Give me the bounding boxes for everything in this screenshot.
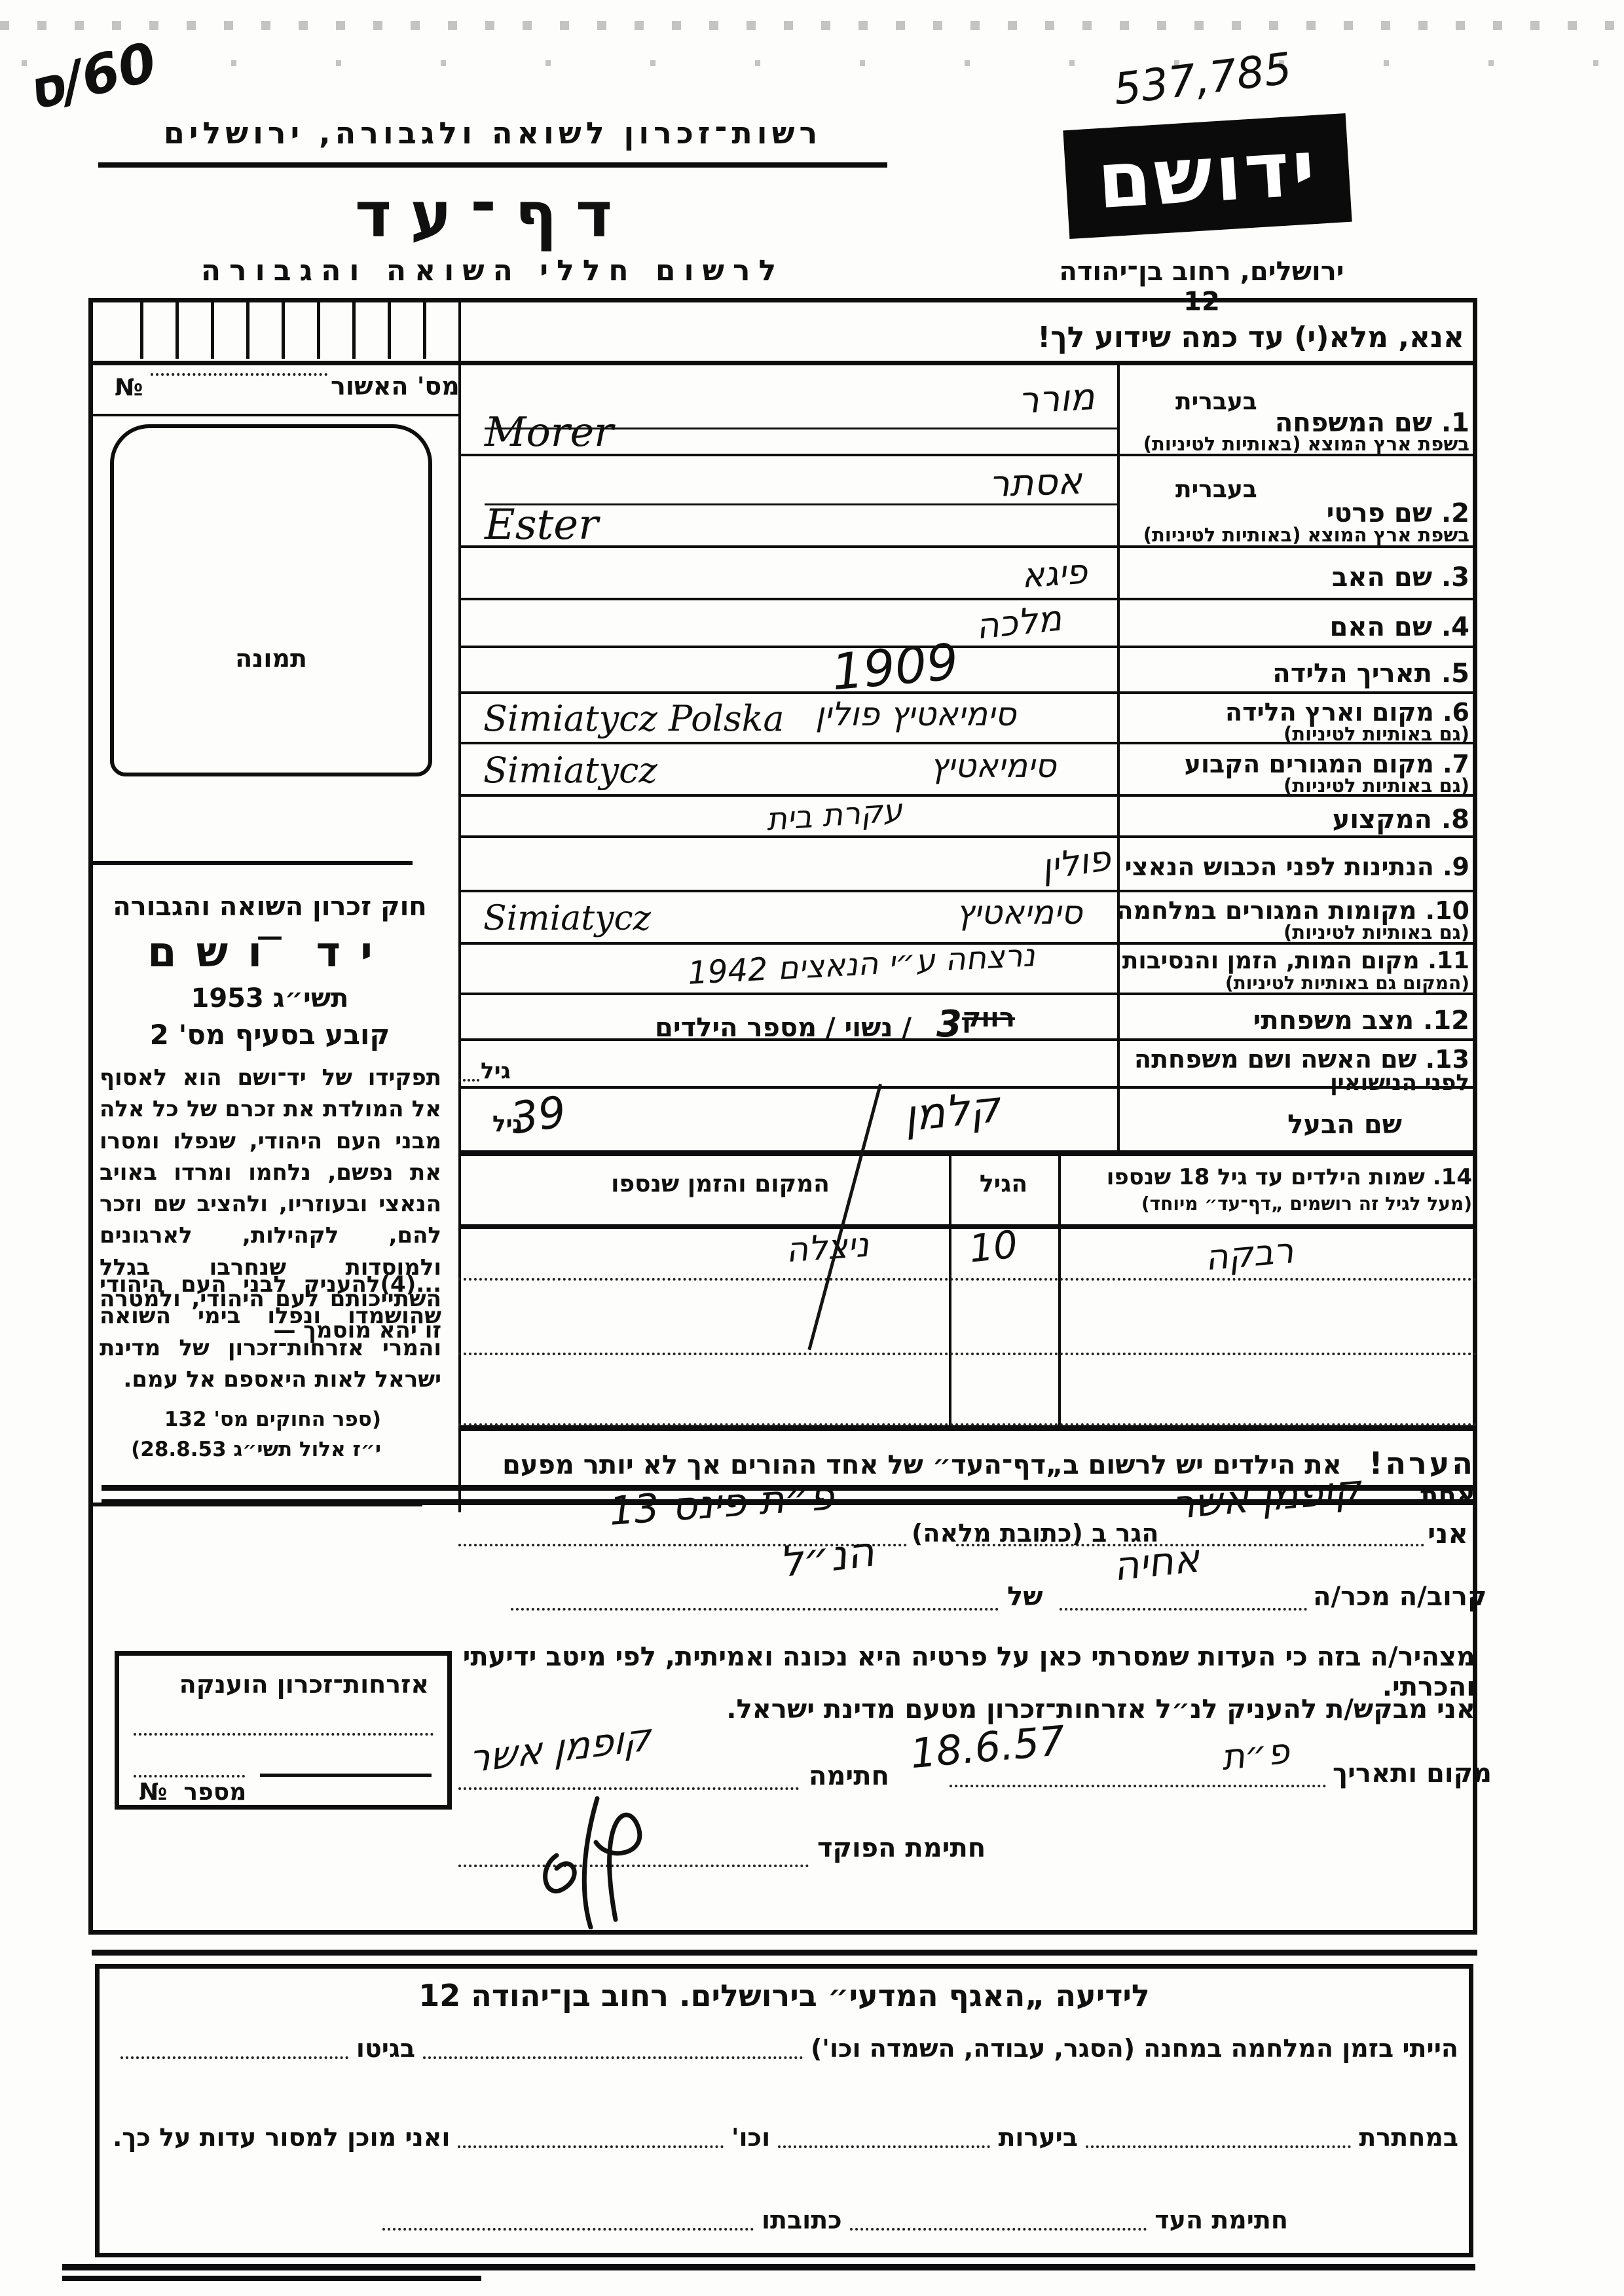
field-7-value-latin: Simiatycz — [483, 750, 657, 791]
place-value: פ״ת — [1219, 1730, 1291, 1779]
field-6-value-latin: Simiatycz Polska — [483, 698, 784, 739]
citizenship-box: אזרחות־זכרון הוענקה מספר № — [115, 1651, 452, 1810]
field-3-value: פיגא — [1020, 553, 1088, 596]
field-12-options-rest: / נשוי / מספר הילדים — [655, 1013, 912, 1043]
husband-age-value: 39 — [507, 1087, 569, 1144]
forests-dotted — [778, 2145, 990, 2148]
field-6-value-hebrew: סימיאטיץ פולין — [815, 695, 1016, 733]
law-name: יד ושם — [100, 928, 440, 977]
forests-label: ביערות — [998, 2123, 1078, 2152]
citizenship-number-label: מספר № — [139, 1779, 246, 1806]
photo-box: תמונה — [110, 424, 432, 776]
field-2-value-latin: Ester — [485, 501, 599, 549]
witness-sig-dotted — [850, 2228, 1147, 2231]
field-1-value-hebrew: מורר — [1017, 376, 1096, 422]
citizenship-dotted-2 — [134, 1775, 245, 1777]
field-11-sublabel: (המקום גם באותיות לטיניות) — [1225, 972, 1469, 994]
field-5-value: 1909 — [829, 632, 960, 702]
children-col-line-2 — [1058, 1156, 1061, 1425]
law-year: תשי״ג 1953 — [100, 983, 440, 1013]
field-9-value: פולין — [1039, 837, 1113, 888]
hebrew-label-2: בעברית — [1175, 476, 1257, 503]
field-row-3: 3. שם האב פיגא — [458, 548, 1477, 600]
page-bottom-rule-1 — [62, 2264, 1475, 2270]
form-bottom-rule — [92, 1950, 1477, 1956]
witness-address-label: כתובתו — [762, 2206, 842, 2234]
etc-label: וכו' — [731, 2123, 770, 2152]
field-row-2: בעברית 2. שם פרטי בשפת ארץ המוצא (באותיו… — [458, 456, 1477, 548]
footer-title: לידיעה „האגף המדעי״ בירושלים. רחוב בן־יה… — [100, 1978, 1469, 2013]
law-ref-line1: (ספר החוקים מס' 132 — [100, 1408, 381, 1431]
of-label: של — [1007, 1582, 1043, 1612]
field-7-sublabel: (גם באותיות לטיניות) — [1283, 774, 1469, 797]
approval-dotted-line — [151, 373, 327, 376]
children-col-age-header: הגיל — [949, 1171, 1058, 1197]
note-label: הערה! — [1369, 1446, 1475, 1481]
signature-label: חתימה — [809, 1761, 889, 1791]
husband-row: שם הבעל קלמן גיל 39 — [458, 1089, 1477, 1156]
field-7-value-hebrew: סימיאטיץ — [930, 747, 1056, 785]
clerk-signature-label: חתימת הפוקד — [817, 1833, 986, 1863]
field-10-sublabel: (גם באותיות לטיניות) — [1283, 921, 1469, 943]
children-row-dotted-2 — [458, 1353, 1477, 1355]
ghetto-dotted — [120, 2056, 348, 2059]
approval-label: מס' האשור — [331, 372, 460, 401]
clerk-signature-scribble — [517, 1789, 668, 1929]
yad-vashem-logo-text: ידושם — [1095, 122, 1320, 226]
law-section: קובע בסעיף מס' 2 — [100, 1019, 440, 1051]
footer-row-underground: במחתרת ביערות וכו' ואני מוכן למסור עדות … — [113, 2123, 1458, 2152]
underground-dotted — [1086, 2145, 1351, 2148]
footer-info-box: לידיעה „האגף המדעי״ בירושלים. רחוב בן־יה… — [95, 1964, 1473, 2257]
child-1-name: רבקה — [1204, 1230, 1295, 1279]
field-1-sublabel: בשפת ארץ המוצא (באותיות לטיניות) — [1143, 433, 1469, 455]
place-date-label: מקום ותאריך — [1333, 1758, 1492, 1789]
field-12-label: 12. מצב משפחתי — [1253, 1006, 1469, 1036]
field-11-label: 11. מקום המות, הזמן והנסיבות — [1122, 947, 1469, 974]
witness-sig-label: חתימת העד — [1154, 2206, 1288, 2234]
hebrew-label-1: בעברית — [1175, 388, 1257, 415]
page-title: דף־עד — [98, 178, 887, 251]
page-of-testimony-scan: 60/ס רשות־זכרון לשואה ולגבורה, ירושלים ד… — [0, 0, 1624, 2296]
field-1-value-latin: Morer — [485, 408, 614, 456]
org-underline — [98, 162, 887, 168]
etc-dotted — [458, 2145, 723, 2148]
approval-no-symbol: № — [115, 374, 143, 401]
field-10-value-latin: Simiatycz — [483, 899, 651, 938]
children-row-dotted-3 — [458, 1423, 1477, 1426]
org-line: רשות־זכרון לשואה ולגבורה, ירושלים — [98, 115, 887, 151]
citizenship-dotted-1 — [134, 1733, 434, 1736]
field-2-sublabel: בשפת ארץ המוצא (באותיות לטיניות) — [1143, 524, 1469, 546]
field-row-13: 13. שם האשה ושם משפחתה לפני הנישואין גיל — [458, 1041, 1477, 1089]
field-row-12: 12. מצב משפחתי 3 רווק / נשוי / מספר הילד… — [458, 995, 1477, 1041]
field-12-options: 3 רווק / נשוי / מספר הילדים — [655, 1003, 1015, 1046]
yad-vashem-logo: ידושם — [1063, 113, 1352, 239]
field-row-8: 8. המקצוע עקרת בית — [458, 797, 1477, 838]
child-1-age: 10 — [967, 1222, 1020, 1271]
citizenship-title: אזרחות־זכרון הוענקה — [179, 1670, 429, 1699]
underground-label: במחתרת — [1359, 2123, 1458, 2152]
field-5-label: 5. תאריך הלידה — [1272, 659, 1469, 689]
field-row-5: 5. תאריך הלידה 1909 — [458, 648, 1477, 694]
law-paragraph-2: ...(4)להעניק לבני העם היהודי שהושמדו ונפ… — [100, 1269, 441, 1395]
field-row-11: 11. מקום המות, הזמן והנסיבות (המקום גם ב… — [458, 945, 1477, 995]
field-4-label: 4. שם האם — [1329, 612, 1469, 642]
footer-row-signature: חתימת העד כתובתו — [113, 2206, 1458, 2234]
declaration-statement: מצהיר/ה בזה כי העדות שמסרתי כאן על פרטיה… — [458, 1642, 1475, 1702]
footer-row-camp: הייתי בזמן המלחמה במחנה (הסגר, עבודה, הש… — [113, 2034, 1458, 2063]
relative-label: קרוב/ה מכר/ה — [1313, 1582, 1486, 1612]
field-row-9: 9. הנתינות לפני הכבוש הנאצי פולין — [458, 838, 1477, 892]
field-13-age-dotted — [458, 1079, 479, 1082]
camp-label: הייתי בזמן המלחמה במחנה (הסגר, עבודה, הש… — [811, 2034, 1458, 2063]
fill-instruction: אנא, מלא(י) עד כמה שידוע לך! — [1037, 321, 1464, 354]
children-header-main: 14. שמות הילדים עד גיל 18 שנספו — [1066, 1164, 1472, 1190]
instruction-row: אנא, מלא(י) עד כמה שידוע לך! — [458, 302, 1477, 361]
children-table: 14. שמות הילדים עד גיל 18 שנספו (מעל לגי… — [458, 1156, 1477, 1431]
citizenship-no-symbol: № — [139, 1779, 167, 1806]
field-12-children-count: 3 — [936, 1003, 962, 1046]
field-row-1: בעברית 1. שם המשפחה בשפת ארץ המוצא (באות… — [458, 365, 1477, 456]
law-top-rule — [92, 861, 413, 865]
photo-box-label: תמונה — [114, 644, 428, 673]
field-4-value: מלכה — [974, 597, 1063, 647]
relation-dotted — [1060, 1608, 1307, 1611]
children-header-sub: (מעל לגיל זה רושמים „דף־עד״ מיוחד) — [1066, 1193, 1472, 1214]
field-11-value: נרצחה ע״י הנאצים 1942 — [687, 937, 1036, 992]
field-12-option-struck: רווק — [962, 1003, 1015, 1033]
relation-value: אחיה — [1111, 1535, 1202, 1590]
field-row-7: 7. מקום המגורים הקבוע (גם באותיות לטיניו… — [458, 744, 1477, 797]
place-date-dotted — [950, 1785, 1326, 1787]
page-bottom-rule-2 — [62, 2276, 481, 2281]
testify-label: ואני מוכן למסור עדות על כך. — [113, 2123, 450, 2152]
field-2-value-hebrew: אסתר — [988, 460, 1082, 506]
field-9-label: 9. הנתינות לפני הכבוש הנאצי — [1124, 852, 1469, 881]
scan-noise-band — [0, 14, 1624, 93]
husband-label: שם הבעל — [1287, 1110, 1402, 1140]
declarant-i-label: אני — [1428, 1518, 1468, 1550]
husband-name-value: קלמן — [901, 1082, 1002, 1142]
law-ref-line2: י״ז אלול תשי״ג 28.8.53) — [100, 1438, 381, 1461]
field-8-label: 8. המקצוע — [1333, 805, 1469, 835]
camp-dotted — [423, 2056, 803, 2059]
witness-address-dotted — [382, 2228, 754, 2231]
citizenship-solid-seg — [260, 1774, 432, 1777]
page-subtitle: לרשום חללי השואה והגבורה — [98, 254, 887, 287]
approval-rule — [88, 414, 458, 416]
ghetto-label: בגיטו — [356, 2034, 415, 2063]
field-6-sublabel: (גם באותיות לטיניות) — [1283, 723, 1469, 745]
field-3-label: 3. שם האב — [1332, 562, 1469, 592]
field-13-age-label: גיל — [481, 1058, 511, 1084]
of-dotted — [511, 1608, 999, 1611]
field-row-6: 6. מקום וארץ הלידה (גם באותיות לטיניות) … — [458, 694, 1477, 744]
ruler-ticks — [108, 302, 449, 359]
field-row-10: 10. מקומות המגורים במלחמה (גם באותיות לט… — [458, 892, 1477, 945]
field-10-value-hebrew: סימיאטיץ — [956, 894, 1082, 932]
children-row-dotted-1 — [458, 1278, 1477, 1281]
field-8-value: עקרת בית — [765, 792, 903, 838]
field-row-4: 4. שם האם מלכה — [458, 600, 1477, 648]
child-1-place: ניצלה — [784, 1226, 870, 1271]
